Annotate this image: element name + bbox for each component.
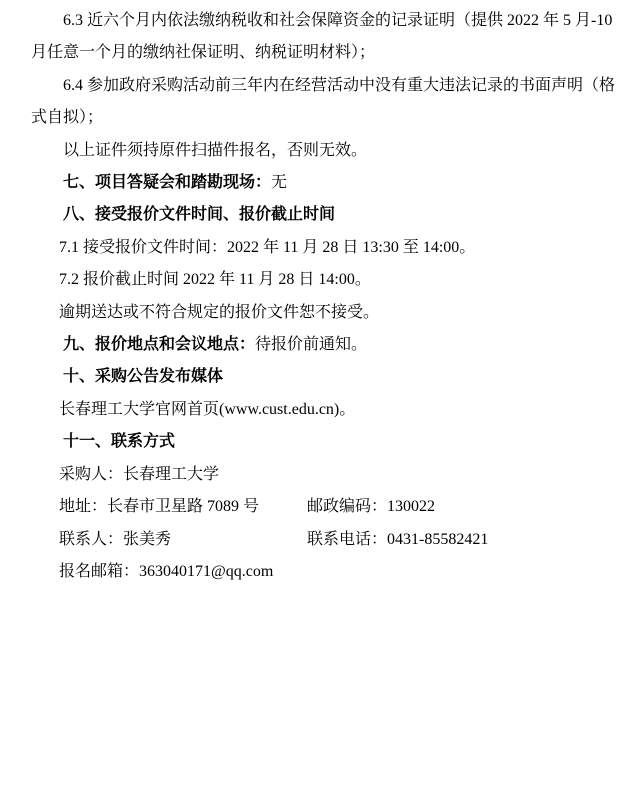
contact-purchaser-line: 采购人：长春理工大学 xyxy=(31,459,611,491)
clause-6-4-line-1: 6.4 参加政府采购活动前三年内在经营活动中没有重大违法记录的书面声明（格 xyxy=(31,70,611,102)
section-11-heading: 十一、联系方式 xyxy=(31,426,611,458)
section-7-heading-value: 无 xyxy=(271,174,287,191)
note-late-submission: 逾期送达或不符合规定的报价文件恕不接受。 xyxy=(31,297,611,329)
contact-person-field: 联系人：张美秀 xyxy=(59,524,307,556)
section-10-heading-label: 十、采购公告发布媒体 xyxy=(63,368,223,385)
clause-6-4-line-2: 式自拟）； xyxy=(31,102,611,134)
contact-phone-field: 联系电话：0431-85582421 xyxy=(307,531,488,548)
contact-person-row: 联系人：张美秀联系电话：0431-85582421 xyxy=(31,524,611,556)
clause-6-3-line-1: 6.3 近六个月内依法缴纳税收和社会保障资金的记录证明（提供 2022 年 5 … xyxy=(31,5,611,37)
contact-address-row: 地址：长春市卫星路 7089 号邮政编码：130022 xyxy=(31,491,611,523)
section-7-heading: 七、项目答疑会和踏勘现场：无 xyxy=(31,167,611,199)
section-11-heading-label: 十一、联系方式 xyxy=(63,433,175,450)
note-original-scan-required: 以上证件须持原件扫描件报名，否则无效。 xyxy=(31,135,611,167)
section-7-heading-label: 七、项目答疑会和踏勘现场： xyxy=(63,174,271,191)
address-field: 地址：长春市卫星路 7089 号 xyxy=(59,491,307,523)
publish-media-line: 长春理工大学官网首页(www.cust.edu.cn)。 xyxy=(31,394,611,426)
section-9-heading-label: 九、报价地点和会议地点： xyxy=(63,336,255,353)
section-10-heading: 十、采购公告发布媒体 xyxy=(31,361,611,393)
clause-6-3-line-2: 月任意一个月的缴纳社保证明、纳税证明材料）； xyxy=(31,37,611,69)
contact-email-line: 报名邮箱：363040171@qq.com xyxy=(31,556,611,588)
section-8-heading-label: 八、接受报价文件时间、报价截止时间 xyxy=(63,206,335,223)
clause-7-2-deadline: 7.2 报价截止时间 2022 年 11 月 28 日 14:00。 xyxy=(31,264,611,296)
section-8-heading: 八、接受报价文件时间、报价截止时间 xyxy=(31,199,611,231)
section-9-heading-value: 待报价前通知。 xyxy=(255,336,367,353)
section-9-heading: 九、报价地点和会议地点：待报价前通知。 xyxy=(31,329,611,361)
postal-code-field: 邮政编码：130022 xyxy=(307,498,435,515)
document-page: 6.3 近六个月内依法缴纳税收和社会保障资金的记录证明（提供 2022 年 5 … xyxy=(0,0,641,799)
clause-7-1-acceptance-time: 7.1 接受报价文件时间：2022 年 11 月 28 日 13:30 至 14… xyxy=(31,232,611,264)
